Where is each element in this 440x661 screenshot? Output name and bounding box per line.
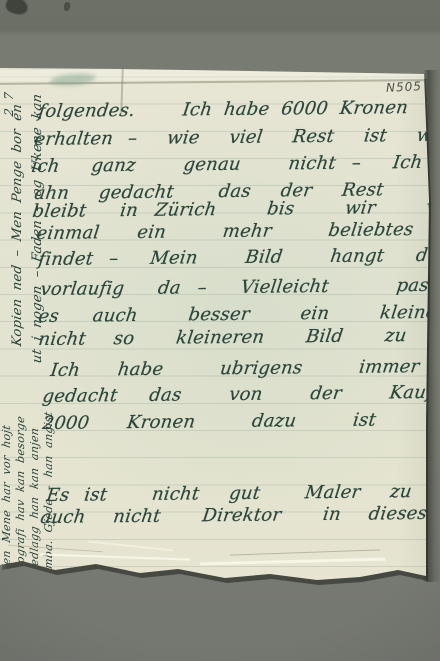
handwriting-line: es auch besser ein kleineres xyxy=(37,302,440,327)
handwriting-line: erhalten – wie viel Rest ist wheiss xyxy=(33,124,440,150)
margin-note: fotografi hav kan besorge xyxy=(14,378,27,580)
handwriting-line: nicht so kleineren Bild zu kaufen – xyxy=(37,324,440,350)
catalog-number-pencil: N505 xyxy=(386,79,423,95)
backdrop-small-mark xyxy=(63,1,71,11)
margin-note: ut i nogen – Faden – og Ukene kan xyxy=(30,94,45,364)
bottom-crumple-shadow xyxy=(230,549,380,555)
margin-note: Kopien ned – Men Penge bor en xyxy=(10,95,25,347)
handwriting-line: folgendes. Ich habe 6000 Kronen xyxy=(37,97,409,122)
handwriting-line: Ich habe ubrigens immer xyxy=(49,356,421,381)
backdrop-dark-mark xyxy=(4,0,30,17)
handwriting-line: auch nicht Direktor in dieses Zeiten, xyxy=(39,502,440,528)
bottom-crumple-highlight xyxy=(200,558,385,565)
handwriting-line: findet – Mein Bild hangt denn xyxy=(37,245,440,270)
handwriting-line: Es ist nicht gut Maler zu sein xyxy=(45,480,440,506)
bottom-crumple-highlight xyxy=(88,541,173,552)
letter-paper: N505 folgendes. Ich habe 6000 Kronen erh… xyxy=(0,0,440,661)
handwriting-line: ich ganz genau nicht – Ich habe xyxy=(30,151,440,177)
handwriting-line: 2000 Kronen dazu ist xyxy=(41,410,377,434)
handwriting-line: gedacht das von der Kaufsumme xyxy=(41,381,440,407)
handwriting-line: bleibt in Zürich bis wir vielleicht xyxy=(31,196,440,222)
letter-photograph: N505 folgendes. Ich habe 6000 Kronen erh… xyxy=(0,0,440,661)
margin-note: Men Mene har vor hojt xyxy=(0,380,13,577)
handwriting-line: einmal ein mehr beliebtes Bild xyxy=(35,218,440,244)
bottom-crumple-highlight xyxy=(40,553,190,560)
handwriting-line: vorlaufig da – Vielleicht passt xyxy=(39,275,440,300)
